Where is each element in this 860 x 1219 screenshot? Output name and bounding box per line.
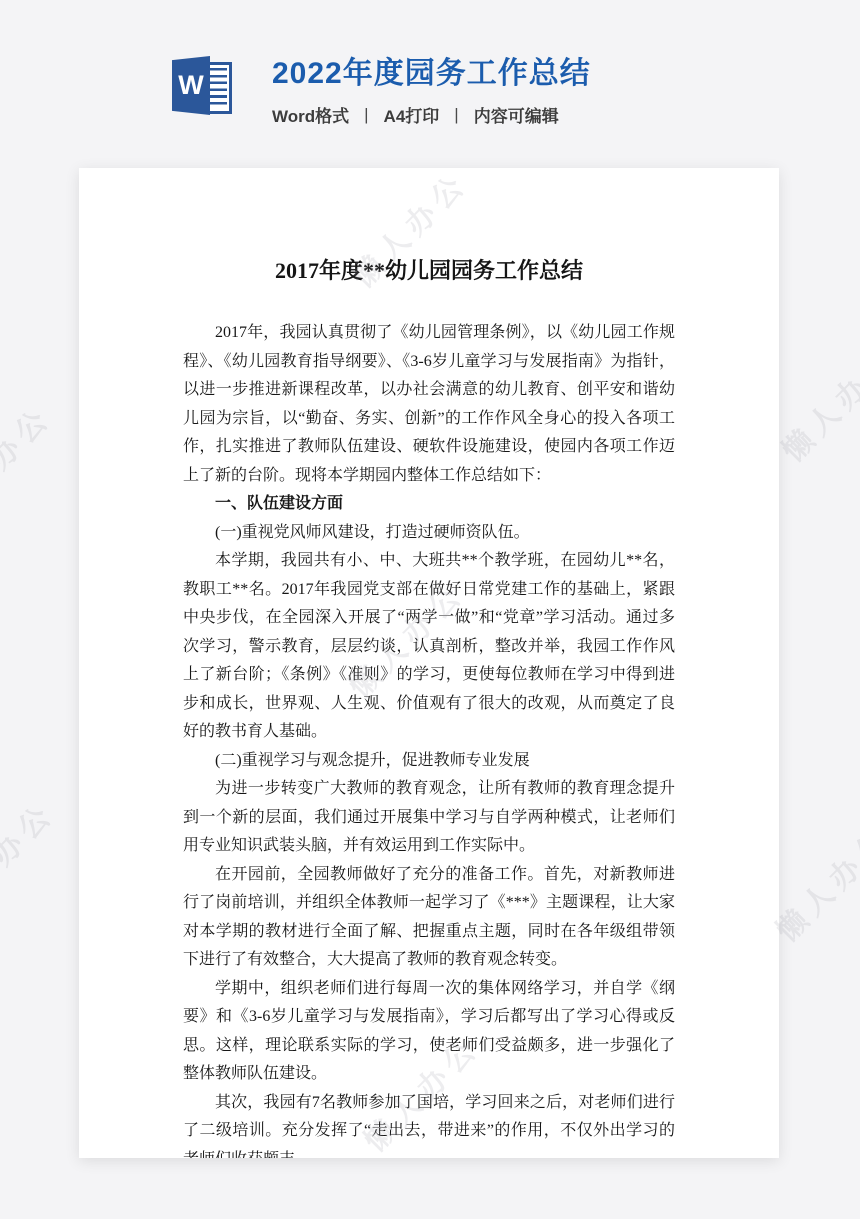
page-subtitle: Word格式|A4打印|内容可编辑 [272, 102, 591, 127]
paragraph: 为进一步转变广大教师的教育观念，让所有教师的教育理念提升到一个新的层面，我们通过… [183, 775, 675, 861]
subtitle-part: Word格式 [272, 102, 349, 127]
paragraph: 2017年，我园认真贯彻了《幼儿园管理条例》，以《幼儿园工作规程》、《幼儿园教育… [183, 319, 675, 490]
watermark-text: 懒人办公 [0, 394, 60, 530]
header-text: 2022年度园务工作总结 Word格式|A4打印|内容可编辑 [272, 56, 591, 127]
paragraph: (二)重视学习与观念提升，促进教师专业发展 [183, 747, 675, 776]
paragraph: 其次，我园有7名教师参加了国培，学习回来之后，对老师们进行了二级培训。充分发挥了… [183, 1089, 675, 1159]
subtitle-separator: | [364, 105, 368, 125]
word-icon-front: W [172, 56, 210, 115]
paragraph: 学期中，组织老师们进行每周一次的集体网络学习，并自学《纲要》和《3-6岁儿童学习… [183, 975, 675, 1089]
section-heading: 一、队伍建设方面 [183, 490, 675, 519]
header: W 2022年度园务工作总结 Word格式|A4打印|内容可编辑 [172, 56, 591, 127]
page: 懒人办公懒人办公懒人办公懒人办公懒人办公懒人办公懒人办公 W 2022年度园务工… [0, 0, 860, 1219]
subtitle-part: 内容可编辑 [474, 102, 559, 127]
watermark-text: 懒人办公 [770, 334, 860, 470]
word-document-icon: W [172, 56, 232, 115]
paragraph: 本学期，我园共有小、中、大班共**个教学班，在园幼儿**名，教职工**名。201… [183, 547, 675, 747]
paragraph: 在开园前，全园教师做好了充分的准备工作。首先，对新教师进行了岗前培训，并组织全体… [183, 861, 675, 975]
word-icon-letter: W [178, 72, 203, 99]
document-title: 2017年度**幼儿园园务工作总结 [183, 256, 675, 286]
page-title: 2022年度园务工作总结 [272, 57, 591, 91]
document-page: 2017年度**幼儿园园务工作总结 2017年，我园认真贯彻了《幼儿园管理条例》… [79, 168, 779, 1158]
paragraph: (一)重视党风师风建设，打造过硬师资队伍。 [183, 519, 675, 548]
subtitle-separator: | [454, 105, 458, 125]
document-body: 2017年，我园认真贯彻了《幼儿园管理条例》，以《幼儿园工作规程》、《幼儿园教育… [183, 319, 675, 1158]
watermark-text: 懒人办公 [0, 790, 63, 926]
subtitle-part: A4打印 [384, 102, 440, 127]
